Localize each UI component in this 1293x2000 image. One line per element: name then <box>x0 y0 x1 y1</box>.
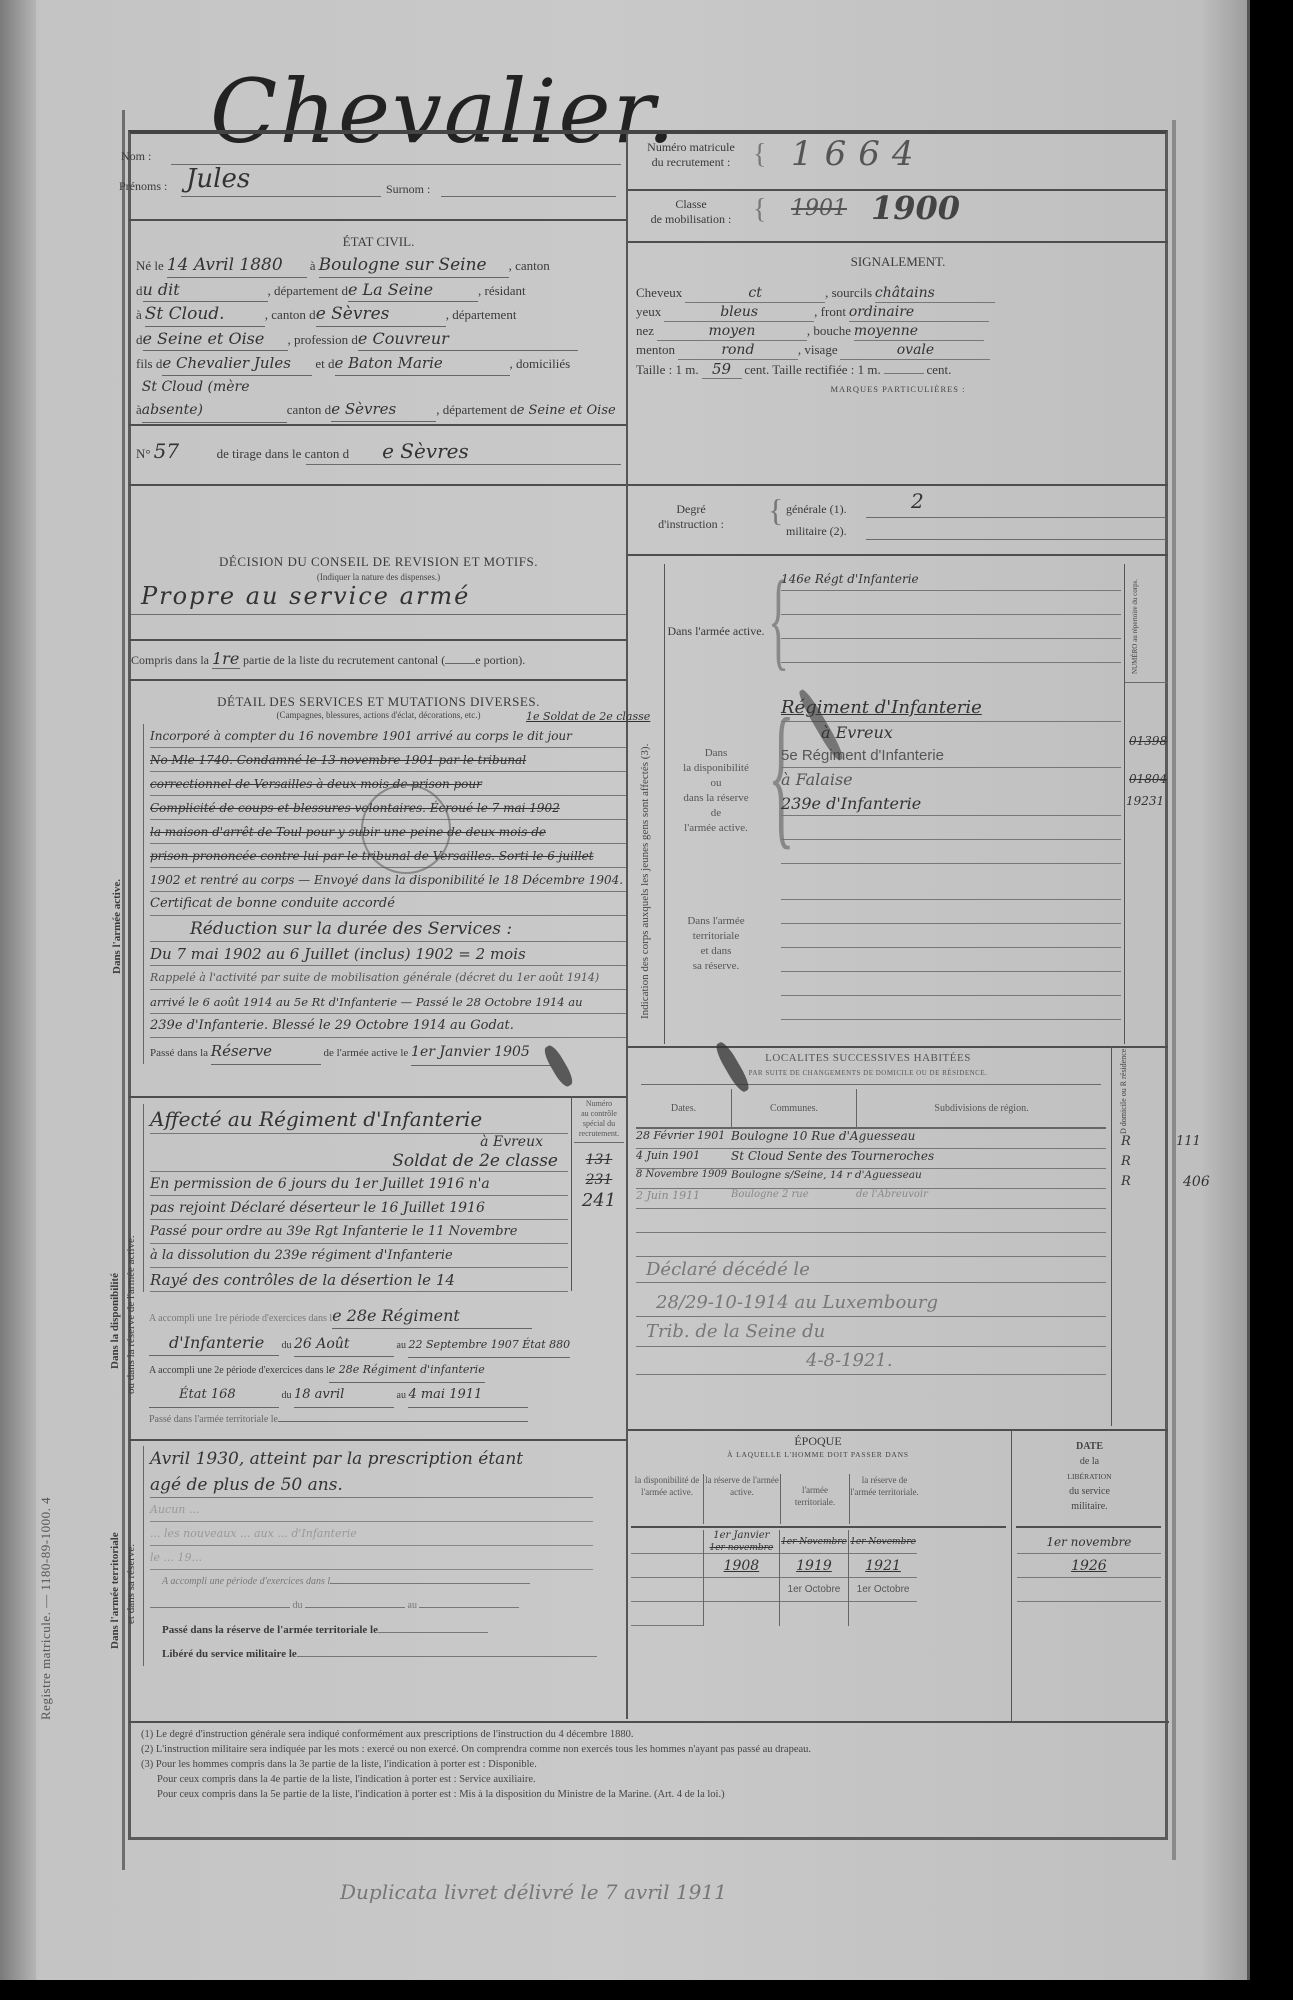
passe-reserve-territoriale-label: Passé dans la réserve de l'armée territo… <box>162 1624 378 1636</box>
departement3-label: , département d <box>436 402 517 417</box>
corps-disponibilite-label: Dans la disponibilité ou dans la réserve… <box>666 746 766 836</box>
label-line: de <box>666 806 766 821</box>
menton-label: menton <box>636 342 675 357</box>
faded-line: ... les nouveaux ... aux ... d'Infanteri… <box>150 1522 593 1546</box>
taille-label: Taille : 1 m. <box>636 362 699 377</box>
surnom-label: Surnom : <box>386 182 430 197</box>
parents-canton: e Sèvres <box>331 398 436 422</box>
liberation-header-line: LIBÉRATION <box>1012 1469 1167 1484</box>
epoque-struck: 1er Novembre <box>780 1530 848 1554</box>
generale-value: 2 <box>911 489 924 513</box>
periode2-etat: État 168 <box>149 1383 279 1408</box>
controle-struck: 231 <box>572 1172 626 1188</box>
periode2-regiment: e 28e Régiment d'infanterie <box>329 1358 485 1383</box>
etat-civil-heading: ÉTAT CIVIL. <box>131 234 626 250</box>
epoque-col-header: la disponibilité de l'armée active. <box>631 1474 703 1524</box>
service-line-struck: No Mle 1740. Condamné le 13 novembre 190… <box>150 748 626 772</box>
corps-territoriale-lines <box>781 876 1121 1020</box>
passe-territoriale-label: Passé dans l'armée territoriale le <box>149 1414 278 1425</box>
epoque-columns: la disponibilité de l'armée active. la r… <box>631 1474 1009 1524</box>
corps-entry: 239e d'Infanterie <box>781 792 1121 816</box>
soldat-grade: Soldat de 2e classe <box>150 1150 568 1172</box>
disponibilite-line: pas rejoint Déclaré déserteur le 16 Juil… <box>150 1196 568 1220</box>
epoque-date: 1er Octobre <box>849 1578 918 1602</box>
services-lines: Incorporé à compter du 16 novembre 1901 … <box>143 724 626 1064</box>
instruction-label-2: d'instruction : <box>631 517 751 532</box>
partie-label: partie de la liste du recrutement canton… <box>243 653 445 667</box>
periodes-block: A accompli une 1re période d'exercices d… <box>149 1304 619 1432</box>
visage-label: , visage <box>798 342 838 357</box>
instruction-label-1: Degré <box>631 502 751 517</box>
compris-row: Compris dans la 1re partie de la liste d… <box>131 649 525 669</box>
column-divider <box>626 134 628 1719</box>
localite-date: 28 Février 1901 <box>636 1129 731 1148</box>
label-line: ou <box>666 776 766 791</box>
parents-domicile: St Cloud (mère absente) <box>142 376 287 423</box>
visage-value: ovale <box>840 341 990 360</box>
faded-line: le ... 19... <box>150 1546 593 1570</box>
domicilies-label: , domiciliés <box>510 356 571 371</box>
epoque-col-header: la réserve de l'armée territoriale. <box>849 1474 919 1524</box>
margin-annotation: 406 <box>1183 1174 1210 1190</box>
localite-commune: Boulogne s/Seine, 14 r d'Aguesseau <box>731 1169 981 1188</box>
sourcils-label: , sourcils <box>825 285 872 300</box>
corps-territoriale-label: Dans l'armée territoriale et dans sa rés… <box>666 914 766 974</box>
column-header-communes: Communes. <box>731 1089 856 1127</box>
epoque-heading: ÉPOQUE <box>628 1434 1008 1449</box>
divider <box>129 1721 1169 1723</box>
column-header-dates: Dates. <box>636 1103 731 1114</box>
father-name: e Chevalier Jules <box>162 352 312 376</box>
localite-commune: Boulogne 10 Rue d'Aguesseau <box>731 1129 981 1148</box>
canton2-label: , canton d <box>265 307 316 322</box>
epoque-cell: 1er Novembre 1919 1er Octobre <box>779 1530 848 1626</box>
divider <box>628 1046 1168 1048</box>
epoque-values: 1er Janvier 1er novembre 1908 1er Novemb… <box>631 1530 1161 1626</box>
du-label: du <box>282 1390 292 1401</box>
localite-date: 8 Novembre 1909 <box>636 1169 731 1188</box>
disponibilite-line: à la dissolution du 239e régiment d'Infa… <box>150 1244 568 1268</box>
localite-row: 2 Juin 1911 Boulogne 2 rue de l'Abreuvoi… <box>636 1189 1106 1209</box>
affecte-line: Affecté au Régiment d'Infanterie <box>150 1104 568 1134</box>
disponibilite-line: Passé pour ordre au 39e Rgt Infanterie l… <box>150 1220 568 1244</box>
periode1-regiment: e 28e Régiment <box>332 1304 532 1329</box>
localites-table: Dates. Communes. Subdivisions de région.… <box>636 1089 1106 1375</box>
front-label: , front <box>814 304 846 319</box>
ne-le-label: Né le <box>136 258 164 273</box>
residence-canton: e Sèvres <box>316 303 446 327</box>
epoque-col-header: l'armée territoriale. <box>780 1474 849 1524</box>
bouche-value: moyenne <box>854 322 984 341</box>
column-header-subdivisions: Subdivisions de région. <box>856 1089 1106 1127</box>
marques-label: MARQUES PARTICULIÈRES : <box>628 384 1168 394</box>
deces-note: Déclaré décédé le <box>636 1257 1106 1283</box>
register-print-note: Registre matricule. — 1180-89-1000. 4 <box>38 1497 54 1720</box>
epoque-struck: 1er novembre <box>704 1542 780 1554</box>
decision-heading: DÉCISION DU CONSEIL DE REVISION ET MOTIF… <box>131 554 626 570</box>
liberation-header-line: militaire. <box>1012 1499 1167 1514</box>
divider <box>129 639 626 641</box>
epoque-year: 1919 <box>780 1554 848 1578</box>
divider <box>628 554 1168 556</box>
localite-date: 2 Juin 1911 <box>636 1189 731 1208</box>
periode1-regiment2: d'Infanterie <box>149 1331 279 1356</box>
localite-subdivision <box>981 1129 1106 1148</box>
divider <box>129 424 626 426</box>
localites-divider <box>1111 1046 1112 1426</box>
liberation-header-line: de la <box>1012 1454 1167 1469</box>
label-line: et dans <box>666 944 766 959</box>
epoque-year: 1921 <box>849 1554 918 1578</box>
deces-note: 4-8-1921. <box>636 1347 1106 1375</box>
territoriale-side-label: Dans l'armée territoriale <box>109 1532 121 1649</box>
disponibilite-line: Rayé des contrôles de la désertion le 14 <box>150 1268 568 1292</box>
au-label: au <box>397 1390 406 1401</box>
divider <box>129 484 626 486</box>
classe-label-2: de mobilisation : <box>631 212 751 227</box>
military-record-form: Nom : Prénoms : Jules Surnom : ÉTAT CIVI… <box>128 130 1168 1840</box>
menton-value: rond <box>678 341 798 360</box>
tirage-row: N° 57 de tirage dans le canton d e Sèvre… <box>136 439 469 463</box>
epoque-year: 1908 <box>704 1554 780 1578</box>
disponibilite-side-label: Dans la disponibilité <box>109 1273 121 1369</box>
footnote: (3) Pour les hommes compris dans la 3e p… <box>141 1757 1161 1772</box>
du-label: du <box>282 1340 292 1351</box>
generale-label: générale (1). <box>786 502 847 517</box>
right-margin-rule <box>1172 120 1176 1860</box>
corps-number-struck: 01398 <box>1129 734 1167 748</box>
corps-divider <box>664 564 665 1044</box>
register-page: Registre matricule. — 1180-89-1000. 4 Ch… <box>0 0 1250 1980</box>
service-line: 239e d'Infanterie. Blessé le 29 Octobre … <box>150 1014 626 1038</box>
label-line: sa réserve. <box>666 959 766 974</box>
tirage-no-label: N° <box>136 446 151 461</box>
mother-name: e Baton Marie <box>335 352 510 376</box>
controle-header: Numéro au contrôle spécial du recrutemen… <box>572 1099 626 1139</box>
divider <box>628 241 1168 243</box>
divider <box>129 1439 626 1441</box>
book-spine <box>0 0 36 1980</box>
faded-line: Aucun ... <box>150 1498 593 1522</box>
portion-label: e portion). <box>475 653 525 667</box>
tirage-line <box>306 464 621 465</box>
service-line: arrivé le 6 août 1914 au 5e Rt d'Infante… <box>150 990 626 1014</box>
epoque-date: 1er Janvier <box>704 1530 780 1542</box>
localites-heading: LOCALITES SUCCESSIVES HABITÉES <box>628 1052 1108 1064</box>
epoque-col-header: la réserve de l'armée active. <box>703 1474 780 1524</box>
nom-label: Nom : <box>121 149 151 164</box>
footnote: (1) Le degré d'instruction générale sera… <box>141 1727 1161 1742</box>
localites-header-row: Dates. Communes. Subdivisions de région. <box>636 1089 1106 1129</box>
matricule-label: Numéro matricule du recrutement : <box>631 140 751 170</box>
corps-active-entry: 146e Régt d'Infanterie <box>781 567 1121 591</box>
liberation-date: 1er novembre <box>1017 1530 1161 1554</box>
yeux-value: bleus <box>664 303 814 322</box>
cheveux-value: ct <box>685 284 825 303</box>
service-line: Du 7 mai 1902 au 6 Juillet (inclus) 1902… <box>150 942 626 966</box>
instruction-label: Degré d'instruction : <box>631 502 751 532</box>
divider <box>129 679 626 681</box>
sourcils-value: châtains <box>875 284 995 303</box>
yeux-label: yeux <box>636 304 661 319</box>
service-line: Réduction sur la durée des Services : <box>150 916 626 942</box>
cent-label: cent. <box>927 362 952 377</box>
epoque-subheading: À LAQUELLE L'HOMME DOIT PASSER DANS <box>628 1450 1008 1459</box>
controle-header-line: recrutement. <box>572 1129 626 1139</box>
liberation-rule <box>1016 1526 1161 1528</box>
periode1-from: 26 Août <box>294 1332 394 1357</box>
active-side-label: Dans l'armée active. <box>111 879 123 974</box>
etat-civil-block: Né le 14 Avril 1880 à Boulogne sur Seine… <box>136 254 621 423</box>
canton-label: , canton <box>509 258 550 273</box>
footnote: (2) L'instruction militaire sera indiqué… <box>141 1742 1161 1757</box>
footnote: Pour ceux compris dans la 5e partie de l… <box>141 1787 1161 1802</box>
label-line: Dans l'armée <box>666 914 766 929</box>
footnote: Pour ceux compris dans la 4e partie de l… <box>141 1772 1161 1787</box>
tirage-canton: e Sèvres <box>382 439 469 463</box>
prenoms-value: Jules <box>186 164 250 194</box>
controle-header-line: spécial du <box>572 1119 626 1129</box>
residence: St Cloud. <box>145 303 265 327</box>
periode1-to: 22 Septembre 1907 État 880 <box>408 1333 570 1358</box>
du-label: du <box>293 1600 303 1611</box>
controle-header-line: au contrôle <box>572 1109 626 1119</box>
corps-number-struck: 01804 <box>1129 772 1167 786</box>
divider <box>628 484 1168 486</box>
numero-divider <box>1124 564 1125 1044</box>
localite-type: R <box>1121 1174 1131 1189</box>
territoriale-side-label-2: et dans sa réserve. <box>125 1544 137 1624</box>
territoriale-line: Avril 1930, atteint par la prescription … <box>150 1446 593 1472</box>
footnotes: (1) Le degré d'instruction générale sera… <box>141 1727 1161 1802</box>
birth-place: Boulogne sur Seine <box>319 254 509 278</box>
taille-value: 59 <box>702 360 742 379</box>
libere-label: Libéré du service militaire le <box>162 1648 297 1660</box>
surnom-line <box>441 196 616 197</box>
departement2-label: , département <box>446 307 517 322</box>
nez-label: nez <box>636 323 654 338</box>
liberation-year: 1926 <box>1017 1554 1161 1578</box>
au-label: au <box>408 1600 417 1611</box>
et-de-label: et d <box>315 356 334 371</box>
classe-value: 1900 <box>871 189 960 227</box>
bottom-note: Duplicata livret délivré le 7 avril 1911 <box>340 1880 727 1904</box>
controle-struck: 131 <box>572 1152 626 1168</box>
birth-departement: e La Seine <box>348 278 478 302</box>
divider <box>129 1096 626 1098</box>
affecte-location: à Evreux <box>150 1134 568 1150</box>
periode2-to: 4 mai 1911 <box>408 1383 528 1408</box>
deces-note: Trib. de la Seine du <box>636 1317 1106 1347</box>
classe-struck: 1901 <box>791 196 847 221</box>
fils-label: fils d <box>136 356 162 371</box>
corps-active-label: Dans l'armée active. <box>666 624 766 639</box>
passe-reserve-date: 1er Janvier 1905 <box>411 1039 551 1066</box>
bouche-label: , bouche <box>807 323 851 338</box>
militaire-line <box>866 539 1166 540</box>
service-line: Certificat de bonne conduite accordé <box>150 892 626 916</box>
cheveux-label: Cheveux <box>636 285 682 300</box>
signalement-heading: SIGNALEMENT. <box>628 254 1168 270</box>
epoque-struck: 1er Novembre <box>849 1530 918 1554</box>
localite-commune: Boulogne 2 rue <box>731 1189 856 1208</box>
label-line: la disponibilité <box>666 761 766 776</box>
label-line: Dans <box>666 746 766 761</box>
localite-type: R <box>1121 1154 1131 1169</box>
au-label: au <box>397 1340 406 1351</box>
territoriale-line: agé de plus de 50 ans. <box>150 1472 593 1498</box>
corps-vertical-label: Indication des corps auxquels les jeunes… <box>639 744 651 1019</box>
services-annotation: 1e Soldat de 2e classe <box>526 710 650 723</box>
epoque-cell: 1er Novembre 1921 1er Octobre <box>848 1530 918 1626</box>
corps-entry: à Falaise <box>781 768 1121 792</box>
localites-rule <box>641 1084 1101 1085</box>
periode2-label: A accompli une 2e période d'exercices da… <box>149 1365 329 1376</box>
localite-subdivision: de l'Abreuvoir <box>856 1189 1106 1208</box>
controle-header-line: Numéro <box>572 1099 626 1109</box>
service-line: 1902 et rentré au corps — Envoyé dans la… <box>150 868 626 892</box>
divider <box>129 219 626 221</box>
numero-line <box>1125 682 1168 683</box>
birth-date: 14 Avril 1880 <box>167 254 307 278</box>
liberation-header-line: DATE <box>1012 1439 1167 1454</box>
prenoms-label: Prénoms : <box>119 179 167 194</box>
localite-row: 28 Février 1901 Boulogne 10 Rue d'Aguess… <box>636 1129 1106 1149</box>
front-value: ordinaire <box>849 303 989 322</box>
localites-subheading: PAR SUITE DE CHANGEMENTS DE DOMICILE OU … <box>628 1069 1108 1077</box>
epoque-cell <box>631 1530 703 1626</box>
controle-number: 241 <box>572 1190 626 1211</box>
localite-date: 4 Juin 1901 <box>636 1149 731 1168</box>
epoque-rule <box>631 1526 1006 1528</box>
matricule-label-1: Numéro matricule <box>631 140 751 155</box>
localite-row: 8 Novembre 1909 Boulogne s/Seine, 14 r d… <box>636 1169 1106 1189</box>
services-heading: DÉTAIL DES SERVICES ET MUTATIONS DIVERSE… <box>131 694 626 710</box>
birth-canton: u dit <box>143 278 268 302</box>
profession-label: , profession d <box>288 332 358 347</box>
numero-repertoire-label: NUMÉRO au répertoire du corps. <box>1131 579 1140 674</box>
corps-disponibilite-lines: Régiment d'Infanterie à Evreux 5e Régime… <box>781 694 1121 864</box>
epoque-cell: 1er Janvier 1er novembre 1908 <box>703 1530 780 1626</box>
nez-value: moyen <box>657 322 807 341</box>
disponibilite-line: En permission de 6 jours du 1er Juillet … <box>150 1172 568 1196</box>
disponibilite-lines: Affecté au Régiment d'Infanterie à Evreu… <box>143 1104 568 1292</box>
label-line: territoriale <box>666 929 766 944</box>
residant-label: , résidant <box>478 283 526 298</box>
passe-reserve-value: Réserve <box>211 1038 321 1065</box>
margin-annotation: 111 <box>1176 1134 1201 1149</box>
parents-departement: e Seine et Oise <box>517 403 616 418</box>
liberation-cell: 1er novembre 1926 <box>1017 1530 1161 1626</box>
corps-active-lines: 146e Régt d'Infanterie <box>781 567 1121 663</box>
passe-reserve-label2: de l'armée active le <box>324 1047 409 1059</box>
tirage-label: de tirage dans le canton d <box>217 446 349 461</box>
service-line: Incorporé à compter du 16 novembre 1901 … <box>150 724 626 748</box>
passe-reserve-label: Passé dans la <box>150 1047 208 1059</box>
residence-departement: e Seine et Oise <box>143 327 288 351</box>
localite-subdivision <box>981 1149 1106 1168</box>
militaire-label: militaire (2). <box>786 524 847 539</box>
official-stamp <box>361 784 451 874</box>
profession: e Couvreur <box>358 327 578 351</box>
periode1-label: A accompli une 1re période d'exercices d… <box>149 1313 332 1324</box>
departement-label: , département d <box>268 283 349 298</box>
taille-rectifiee-label: cent. Taille rectifiée : 1 m. <box>744 362 880 377</box>
prenoms-line <box>181 196 381 197</box>
taille-rectifiee-value <box>884 373 924 374</box>
tirage-number: 57 <box>154 439 214 463</box>
disponibilite-side-label-2: ou dans la réserve de l'armée active. <box>125 1235 137 1394</box>
canton3-label: canton d <box>287 402 331 417</box>
controle-line <box>574 1142 624 1143</box>
liberation-header-line: du service <box>1012 1484 1167 1499</box>
generale-line <box>866 517 1166 518</box>
territoriale-periode-label: A accompli une période d'exercices dans … <box>162 1576 330 1587</box>
deces-note: 28/29-10-1914 au Luxembourg <box>636 1283 1106 1317</box>
matricule-number: 1664 <box>791 134 926 174</box>
liberation-header: DATE de la LIBÉRATION du service militai… <box>1012 1439 1167 1514</box>
classe-label-1: Classe <box>631 197 751 212</box>
corps-entry: Régiment d'Infanterie <box>781 694 1121 722</box>
epoque-date: 1er Octobre <box>780 1578 848 1602</box>
a-label: à <box>310 258 316 273</box>
service-line: Rappelé à l'activité par suite de mobili… <box>150 966 626 990</box>
classe-label: Classe de mobilisation : <box>631 197 751 227</box>
territoriale-lines: Avril 1930, atteint par la prescription … <box>143 1446 593 1666</box>
localite-subdivision <box>981 1169 1106 1188</box>
decision-subheading: (Indiquer la nature des dispenses.) <box>131 572 626 582</box>
motif-line <box>131 614 626 615</box>
decision-motif: Propre au service armé <box>141 582 470 610</box>
localite-commune: St Cloud Sente des Tourneroches <box>731 1149 981 1168</box>
compris-label: Compris dans la <box>131 653 209 667</box>
corps-number: 19231 <box>1126 794 1164 808</box>
periode2-from: 18 avril <box>294 1383 394 1408</box>
matricule-label-2: du recrutement : <box>631 155 751 170</box>
divider <box>628 1429 1168 1431</box>
label-line: dans la réserve <box>666 791 766 806</box>
residant-a-label: à <box>136 307 142 322</box>
localite-row: 4 Juin 1901 St Cloud Sente des Tourneroc… <box>636 1149 1106 1169</box>
domicile-residence-header: D domicile ou R résidence. <box>1119 1047 1129 1134</box>
localite-type: R <box>1121 1134 1131 1149</box>
signalement-block: Cheveux ct, sourcils châtains yeux bleus… <box>636 284 1166 380</box>
partie-value: 1re <box>212 649 240 669</box>
label-line: l'armée active. <box>666 821 766 836</box>
